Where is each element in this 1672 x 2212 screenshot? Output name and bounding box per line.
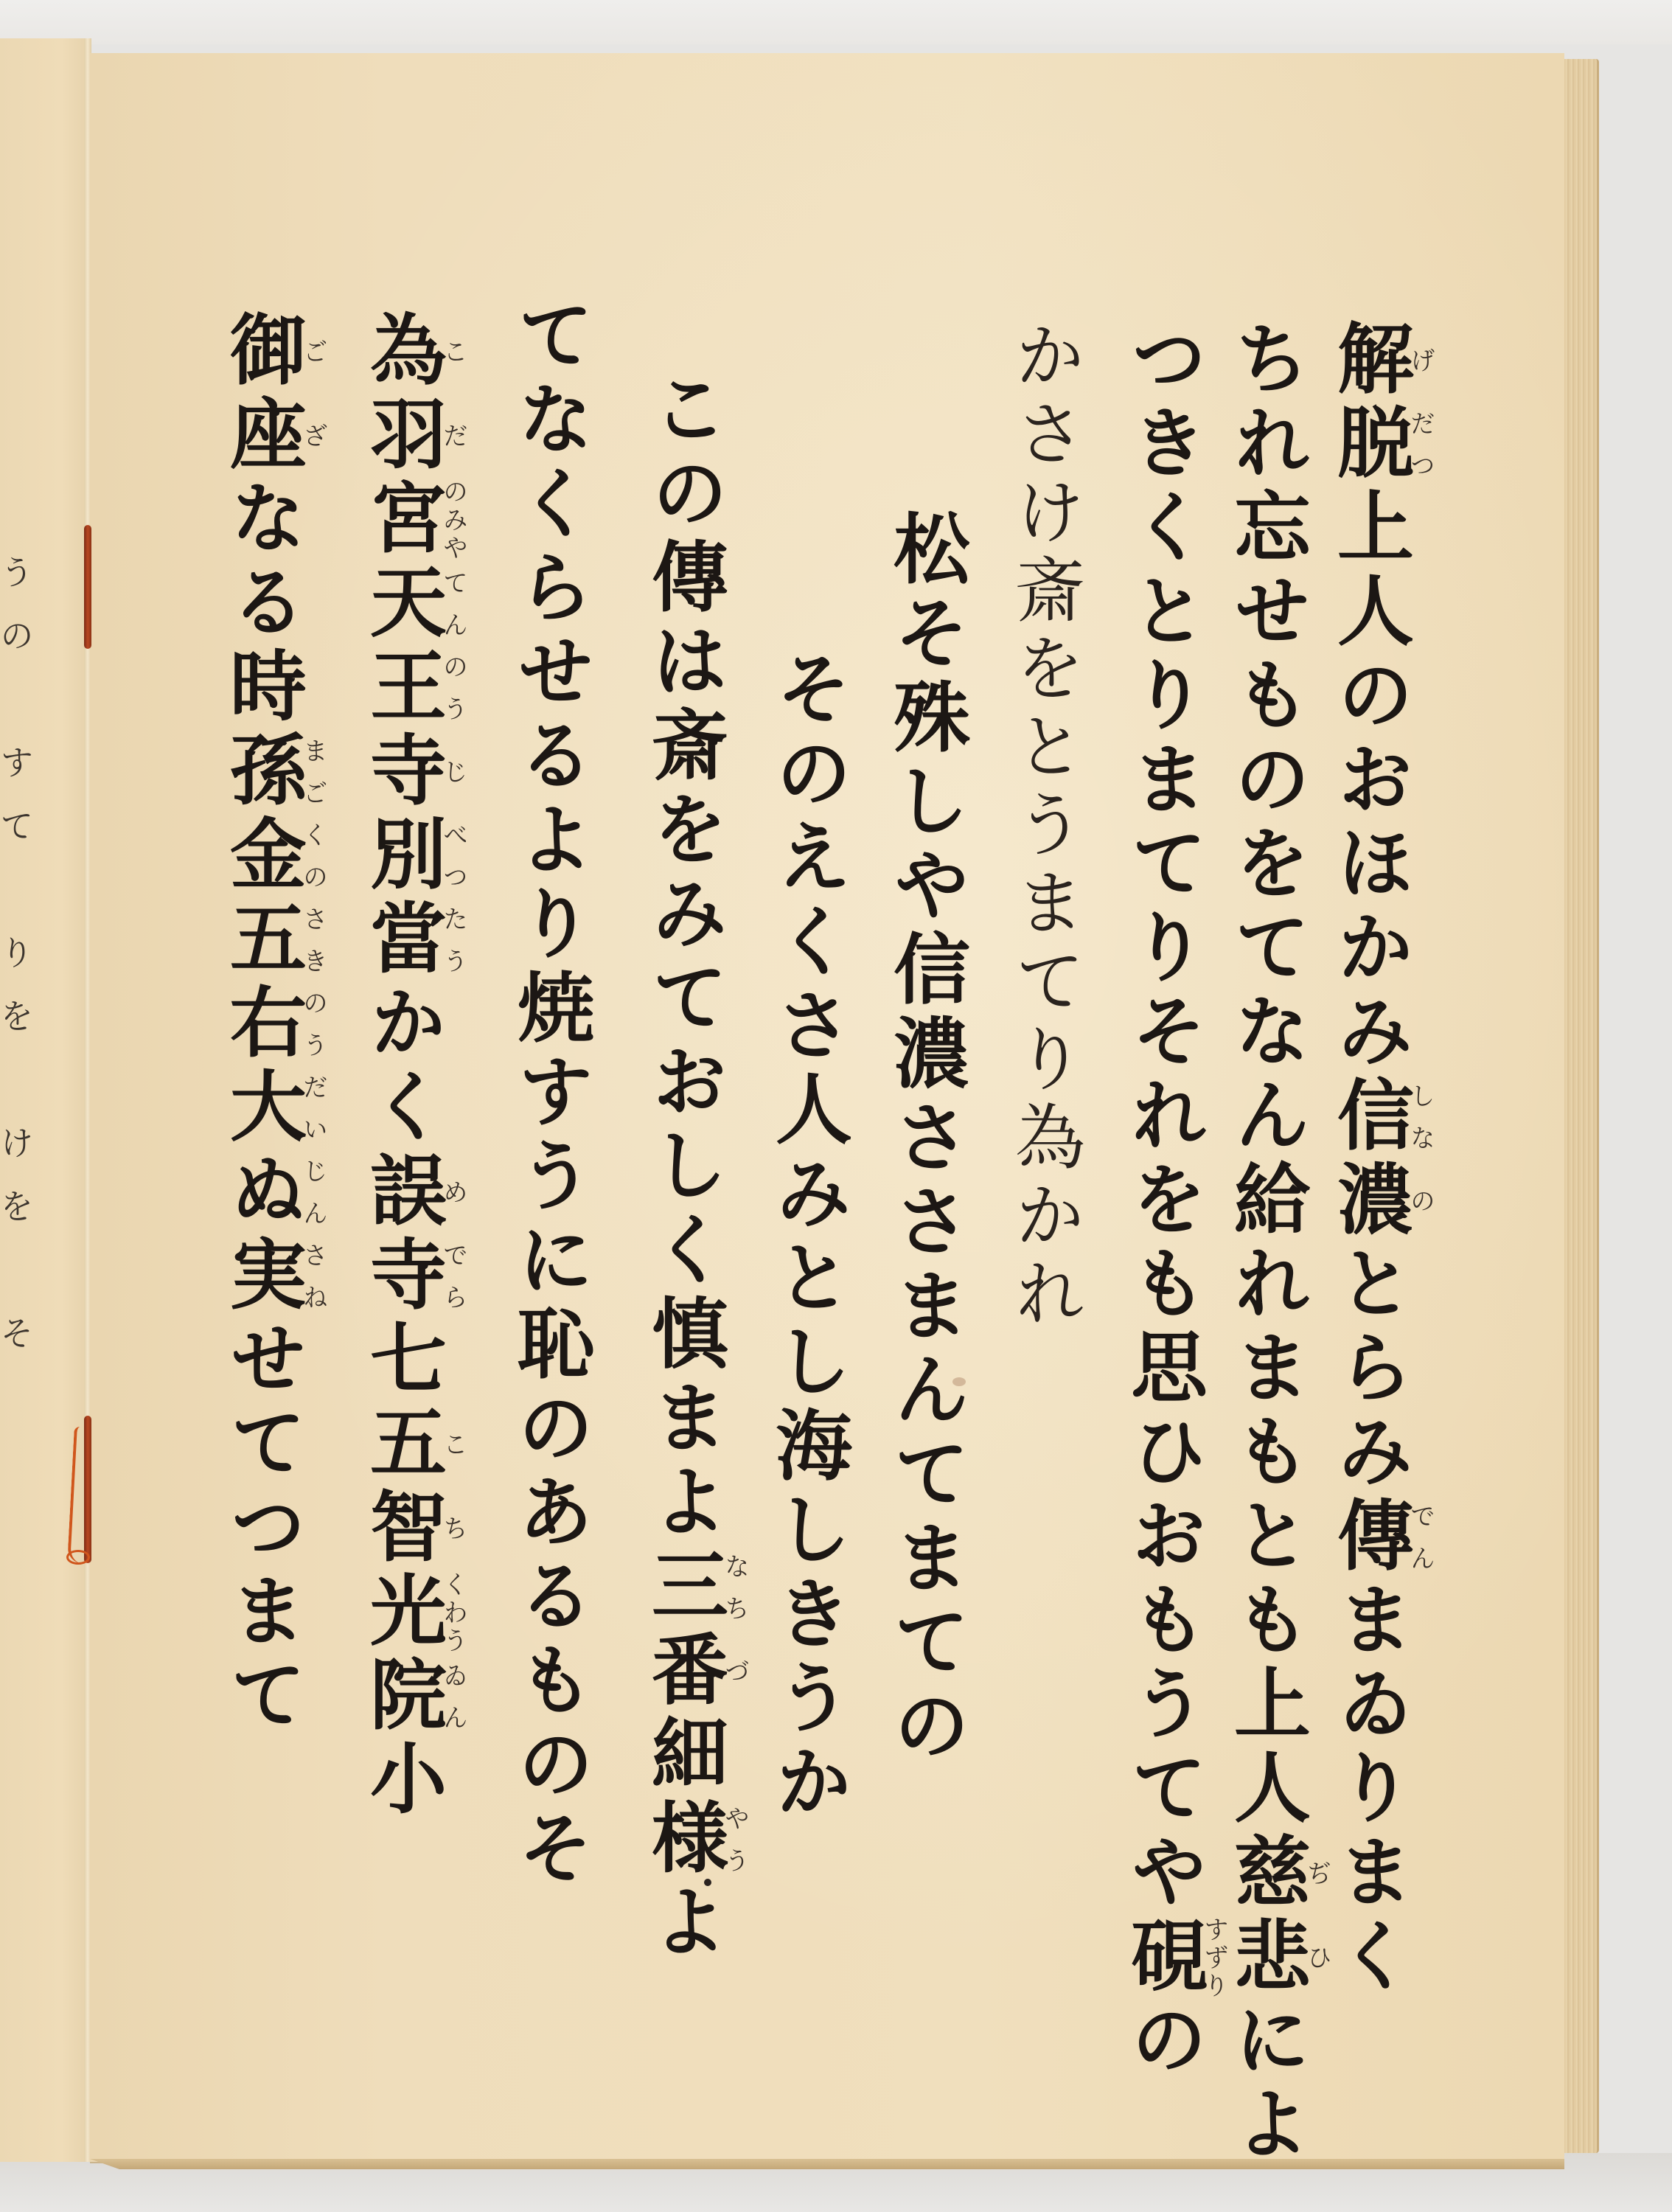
furigana-gloss: さき xyxy=(299,898,328,982)
text-run: 松そ殊しや信濃ささまんてまての xyxy=(880,509,971,1770)
glossed-character: 天てん xyxy=(357,562,447,646)
furigana-gloss: のう xyxy=(299,982,328,1066)
text-column-5: 松そ殊しや信濃ささまんてまての xyxy=(877,509,973,1770)
text-column-6: そのえくさ人みとし海しきうか xyxy=(759,649,855,1826)
text-run: てなくらせるより焼すうに恥のあるものそ xyxy=(504,295,595,1892)
glossed-character: 羽だ xyxy=(357,394,447,478)
furigana-gloss: べつ xyxy=(439,814,468,898)
glossed-character: ぬじん xyxy=(217,1150,307,1234)
furigana-gloss: まご xyxy=(299,730,328,814)
text-run: まゐりまく xyxy=(1324,1579,1415,2000)
glossed-character: 王のう xyxy=(357,646,447,730)
furigana-gloss: てん xyxy=(439,562,468,646)
glossed-character: 右のう xyxy=(217,982,307,1066)
binding-thread-knot xyxy=(66,1550,90,1565)
text-run: とらみ xyxy=(1324,1243,1415,1495)
left-page-text-fragment: うの すて りを けを そ xyxy=(0,554,37,1379)
glossed-character: 脱だつ xyxy=(1324,403,1415,487)
furigana-gloss: しな xyxy=(1406,1075,1435,1159)
glossed-character: 院ゐん xyxy=(357,1655,447,1739)
glossed-character: 信しな xyxy=(1324,1075,1415,1159)
glossed-character: 大だい xyxy=(217,1066,307,1150)
text-column-1: 解げ脱だつ上人のおほかみ信しな濃のとらみ傳でんまゐりまく xyxy=(1321,319,1433,2000)
text-run: なる時 xyxy=(217,478,307,730)
ink-spot xyxy=(704,1879,711,1886)
glossed-character: 悲ひ xyxy=(1221,1916,1312,2000)
glossed-character: 孫まご xyxy=(217,730,307,814)
glossed-character: 光くわう xyxy=(357,1571,447,1655)
paper-stain xyxy=(952,1377,966,1386)
furigana-gloss: ぢ xyxy=(1303,1832,1332,1916)
text-column-9: 為こ羽だ宮のみや天てん王のう寺じ別べつ當たうかく誤め寺でら七五こ智ち光くわう院ゐ… xyxy=(354,310,466,1823)
furigana-gloss: なち xyxy=(720,1545,750,1630)
page-edge-stack xyxy=(1564,59,1599,2153)
text-run: この傳は斎をみておしく慎まよ xyxy=(638,369,729,1545)
furigana-gloss: げ xyxy=(1406,319,1435,403)
furigana-gloss: だい xyxy=(299,1066,328,1150)
furigana-gloss: づ xyxy=(720,1630,750,1714)
glossed-character: 実さね xyxy=(217,1234,307,1318)
furigana-gloss: ち xyxy=(439,1486,468,1571)
text-run: ちれ忘せものをてなん給れまもとも上人 xyxy=(1221,319,1312,1832)
furigana-gloss: のう xyxy=(439,646,468,730)
text-column-2: ちれ忘せものをてなん給れまもとも上人慈ぢ悲ひによ xyxy=(1218,319,1330,2168)
text-column-4: かさけ斎をとうまてり為かれ xyxy=(997,319,1093,1335)
text-run: よ xyxy=(638,1882,729,1966)
text-run: かく xyxy=(357,982,447,1150)
text-run: 七 xyxy=(357,1318,447,1402)
glossed-character: 寺じ xyxy=(357,730,447,814)
furigana-gloss: やう xyxy=(720,1798,750,1882)
binding-thread-upper xyxy=(84,525,91,649)
furigana-gloss: でん xyxy=(1406,1495,1435,1579)
furigana-gloss: ご xyxy=(299,310,328,394)
furigana-gloss: ゐん xyxy=(439,1655,468,1739)
left-facing-page: うの すて りを けを そ xyxy=(0,38,88,2162)
furigana-gloss: じ xyxy=(439,730,468,814)
furigana-gloss: こ xyxy=(439,310,468,394)
glossed-character: 當たう xyxy=(357,898,447,982)
furigana-gloss: こ xyxy=(439,1402,468,1486)
furigana-gloss: ざ xyxy=(299,394,328,478)
text-run: 上人のおほかみ xyxy=(1324,487,1415,1075)
glossed-character: 為こ xyxy=(357,310,447,394)
furigana-gloss: だつ xyxy=(1406,403,1435,487)
furigana-gloss: でら xyxy=(439,1234,468,1318)
furigana-gloss: じん xyxy=(299,1150,328,1234)
glossed-character: 解げ xyxy=(1324,319,1415,403)
glossed-character: 座ざ xyxy=(217,394,307,478)
furigana-gloss: さね xyxy=(299,1234,328,1318)
glossed-character: 金くの xyxy=(217,814,307,898)
text-run: 小 xyxy=(357,1739,447,1823)
glossed-character: 三なち xyxy=(638,1545,729,1630)
furigana-gloss: ひ xyxy=(1303,1916,1332,2000)
glossed-character: 寺でら xyxy=(357,1234,447,1318)
glossed-character: 様やう xyxy=(638,1798,729,1882)
glossed-character: 慈ぢ xyxy=(1221,1832,1312,1916)
furigana-gloss: すずり xyxy=(1199,1916,1229,2000)
glossed-character: 智ち xyxy=(357,1486,447,1571)
glossed-character: 誤め xyxy=(357,1150,447,1234)
text-column-8: てなくらせるより焼すうに恥のあるものそ xyxy=(501,295,597,1892)
text-run: せてつまて xyxy=(217,1318,307,1739)
text-run: の xyxy=(1118,2000,1208,2084)
glossed-character: 濃の xyxy=(1324,1159,1415,1243)
text-column-3: つきくとりまてりそれをも思ひおもうてや硯すずりの xyxy=(1115,319,1227,2084)
furigana-gloss: の xyxy=(1406,1159,1435,1243)
glossed-character: 五こ xyxy=(357,1402,447,1486)
text-run: かさけ斎をとうまてり為かれ xyxy=(1003,319,1086,1335)
furigana-gloss: だ xyxy=(439,394,468,478)
text-column-10: 御ご座ざなる時孫まご金くの五さき右のう大だいぬじん実さねせてつまて xyxy=(214,310,326,1739)
text-column-7: この傳は斎をみておしく慎まよ三なち番づ細様やうよ xyxy=(635,369,748,1966)
glossed-character: 宮のみや xyxy=(357,478,447,562)
furigana-gloss: のみや xyxy=(439,478,468,562)
photo-backdrop-top xyxy=(0,0,1672,44)
text-run: つきくとりまてりそれをも思ひおもうてや xyxy=(1118,319,1208,1916)
furigana-gloss: くの xyxy=(299,814,328,898)
page-bottom-edge xyxy=(90,2159,1564,2169)
furigana-gloss: くわう xyxy=(439,1571,468,1655)
text-run: 細 xyxy=(638,1714,729,1798)
glossed-character: 硯すずり xyxy=(1118,1916,1208,2000)
glossed-character: 五さき xyxy=(217,898,307,982)
furigana-gloss: たう xyxy=(439,898,468,982)
glossed-character: 番づ xyxy=(638,1630,729,1714)
furigana-gloss: め xyxy=(439,1150,468,1234)
text-run: そのえくさ人みとし海しきうか xyxy=(762,649,853,1826)
text-run: によ xyxy=(1221,2000,1312,2168)
glossed-character: 別べつ xyxy=(357,814,447,898)
glossed-character: 傳でん xyxy=(1324,1495,1415,1579)
glossed-character: 御ご xyxy=(217,310,307,394)
